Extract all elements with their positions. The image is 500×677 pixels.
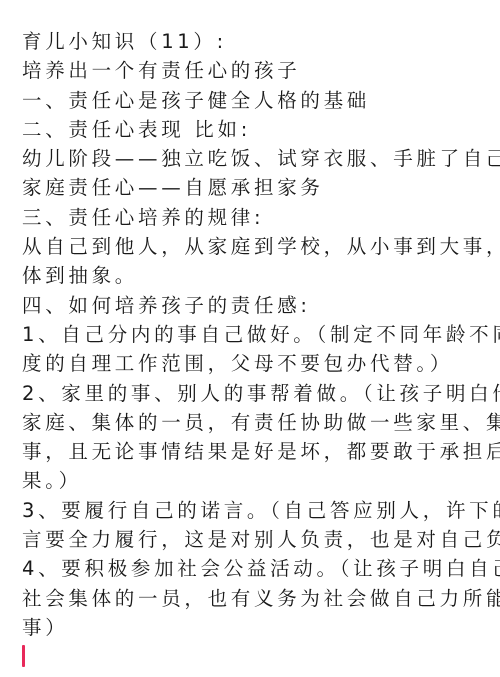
list-item-2-cont: 果。）: [22, 466, 492, 495]
list-item-4-cont: 事）: [22, 613, 492, 642]
list-item-2-cont: 事，且无论事情结果是好是坏，都要敢于承担后: [22, 437, 492, 466]
section-heading-4: 四、如何培养孩子的责任感:: [22, 291, 492, 320]
list-item-3-cont: 言要全力履行，这是对别人负责，也是对自己负责）: [22, 525, 492, 554]
list-item-1-cont: 度的自理工作范围，父母不要包办代替。）: [22, 349, 492, 378]
text-cursor[interactable]: [22, 645, 25, 667]
text-line: 体到抽象。: [22, 261, 492, 290]
section-heading-2: 二、责任心表现 比如:: [22, 115, 492, 144]
section-heading-1: 一、责任心是孩子健全人格的基础: [22, 86, 492, 115]
list-item-4-cont: 社会集体的一员，也有义务为社会做自己力所能及的: [22, 584, 492, 613]
list-item-2-cont: 家庭、集体的一员，有责任协助做一些家里、集体的: [22, 408, 492, 437]
document-title: 育儿小知识（11）:: [22, 27, 492, 56]
text-line: 家庭责任心——自愿承担家务: [22, 173, 492, 202]
list-item-2: 2、家里的事、别人的事帮着做。（让孩子明白他是: [22, 379, 492, 408]
list-item-3: 3、要履行自己的诺言。（自己答应别人，许下的诺: [22, 496, 492, 525]
document-subtitle: 培养出一个有责任心的孩子: [22, 56, 492, 85]
list-item-1: 1、自己分内的事自己做好。（制定不同年龄不同难: [22, 320, 492, 349]
text-line: 从自己到他人，从家庭到学校，从小事到大事，从具: [22, 232, 492, 261]
text-line: 幼儿阶段——独立吃饭、试穿衣服、手脏了自己洗等: [22, 144, 492, 173]
section-heading-3: 三、责任心培养的规律:: [22, 203, 492, 232]
document-body[interactable]: 育儿小知识（11）: 培养出一个有责任心的孩子 一、责任心是孩子健全人格的基础 …: [22, 27, 492, 642]
list-item-4: 4、要积极参加社会公益活动。（让孩子明白自己是: [22, 554, 492, 583]
